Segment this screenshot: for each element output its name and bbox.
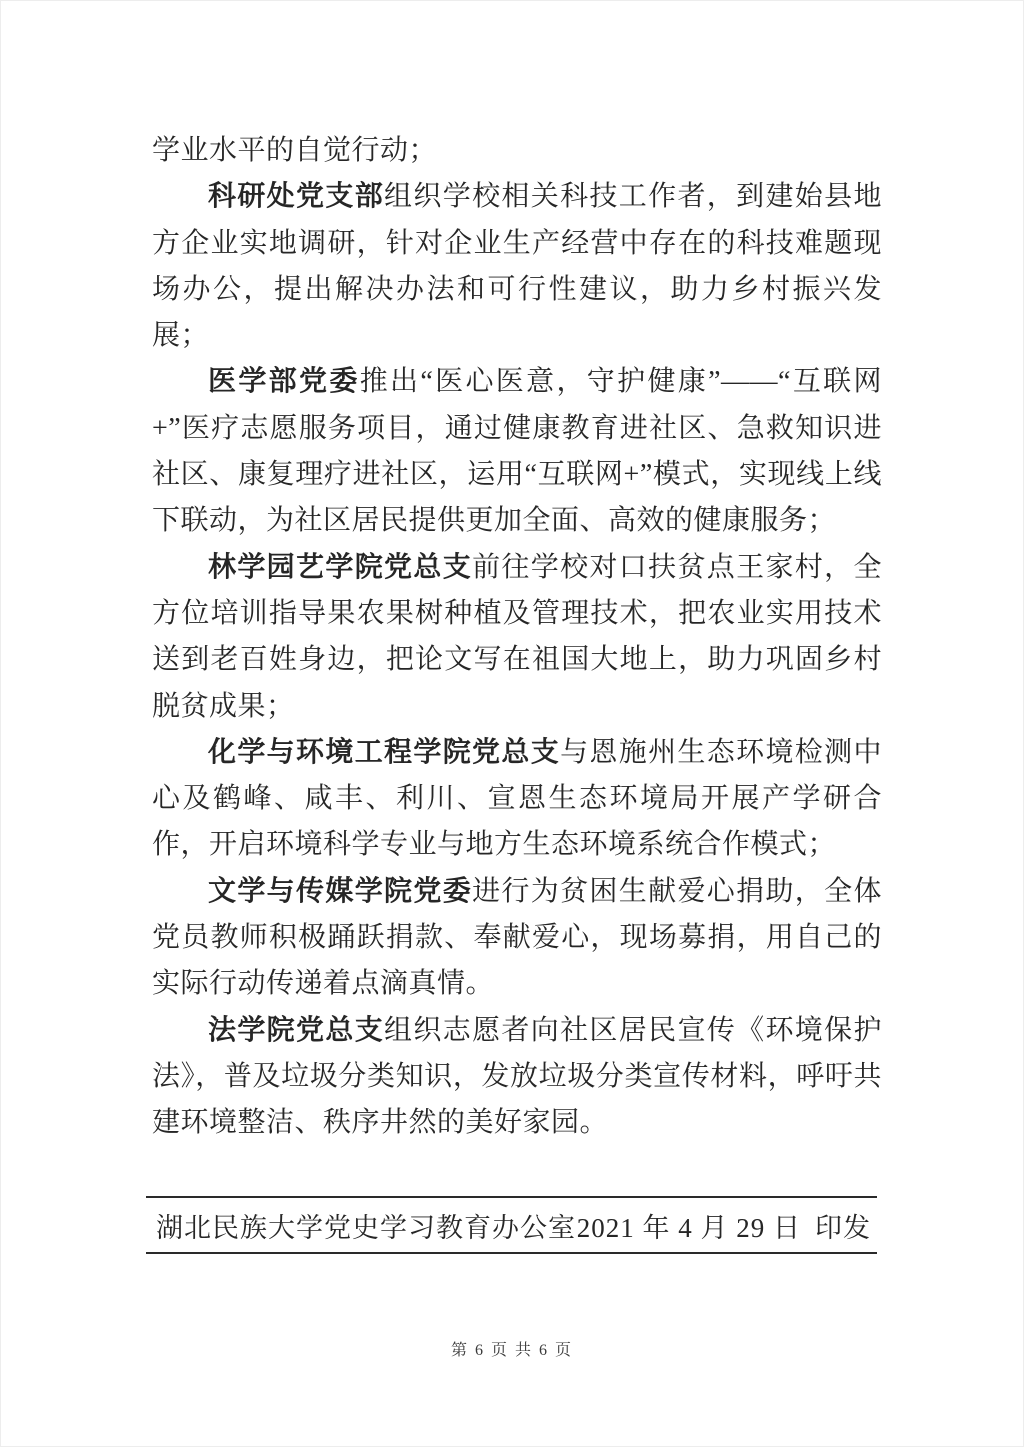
org-name: 林学园艺学院党总支 — [208, 552, 472, 583]
org-name: 医学部党委 — [208, 366, 360, 397]
page-number: 第 6 页 共 6 页 — [0, 1337, 1024, 1360]
paragraph: 科研处党支部组织学校相关科技工作者，到建始县地方企业实地调研，针对企业生产经营中… — [152, 174, 882, 359]
org-name: 化学与环境工程学院党总支 — [208, 737, 560, 768]
issuance-date-line: 2021 年 4 月 29 日 印发 — [577, 1206, 871, 1245]
org-name: 法学院党总支 — [208, 1015, 384, 1046]
issue-action: 印发 — [815, 1206, 871, 1245]
document-body: 学业水平的自觉行动； 科研处党支部组织学校相关科技工作者，到建始县地方企业实地调… — [152, 128, 882, 1147]
paragraph: 医学部党委推出“医心医意，守护健康”——“互联网+”医疗志愿服务项目，通过健康教… — [152, 359, 882, 544]
issuance-footer: 湖北民族大学党史学习教育办公室 2021 年 4 月 29 日 印发 — [146, 1196, 877, 1254]
paragraph: 化学与环境工程学院党总支与恩施州生态环境检测中心及鹤峰、咸丰、利川、宣恩生态环境… — [152, 730, 882, 869]
org-name: 文学与传媒学院党委 — [208, 876, 472, 907]
paragraph-text: 学业水平的自觉行动； — [152, 135, 437, 166]
paragraph: 法学院党总支组织志愿者向社区居民宣传《环境保护法》，普及垃圾分类知识，发放垃圾分… — [152, 1008, 882, 1147]
paragraph: 学业水平的自觉行动； — [152, 128, 882, 174]
issuer-name: 湖北民族大学党史学习教育办公室 — [156, 1206, 576, 1245]
paragraph: 林学园艺学院党总支前往学校对口扶贫点王家村，全方位培训指导果农果树种植及管理技术… — [152, 545, 882, 730]
org-name: 科研处党支部 — [208, 181, 384, 212]
paragraph: 文学与传媒学院党委进行为贫困生献爱心捐助，全体党员教师积极踊跃捐款、奉献爱心，现… — [152, 869, 882, 1008]
document-page: 学业水平的自觉行动； 科研处党支部组织学校相关科技工作者，到建始县地方企业实地调… — [0, 0, 1024, 1447]
issue-date: 2021 年 4 月 29 日 — [577, 1206, 801, 1245]
